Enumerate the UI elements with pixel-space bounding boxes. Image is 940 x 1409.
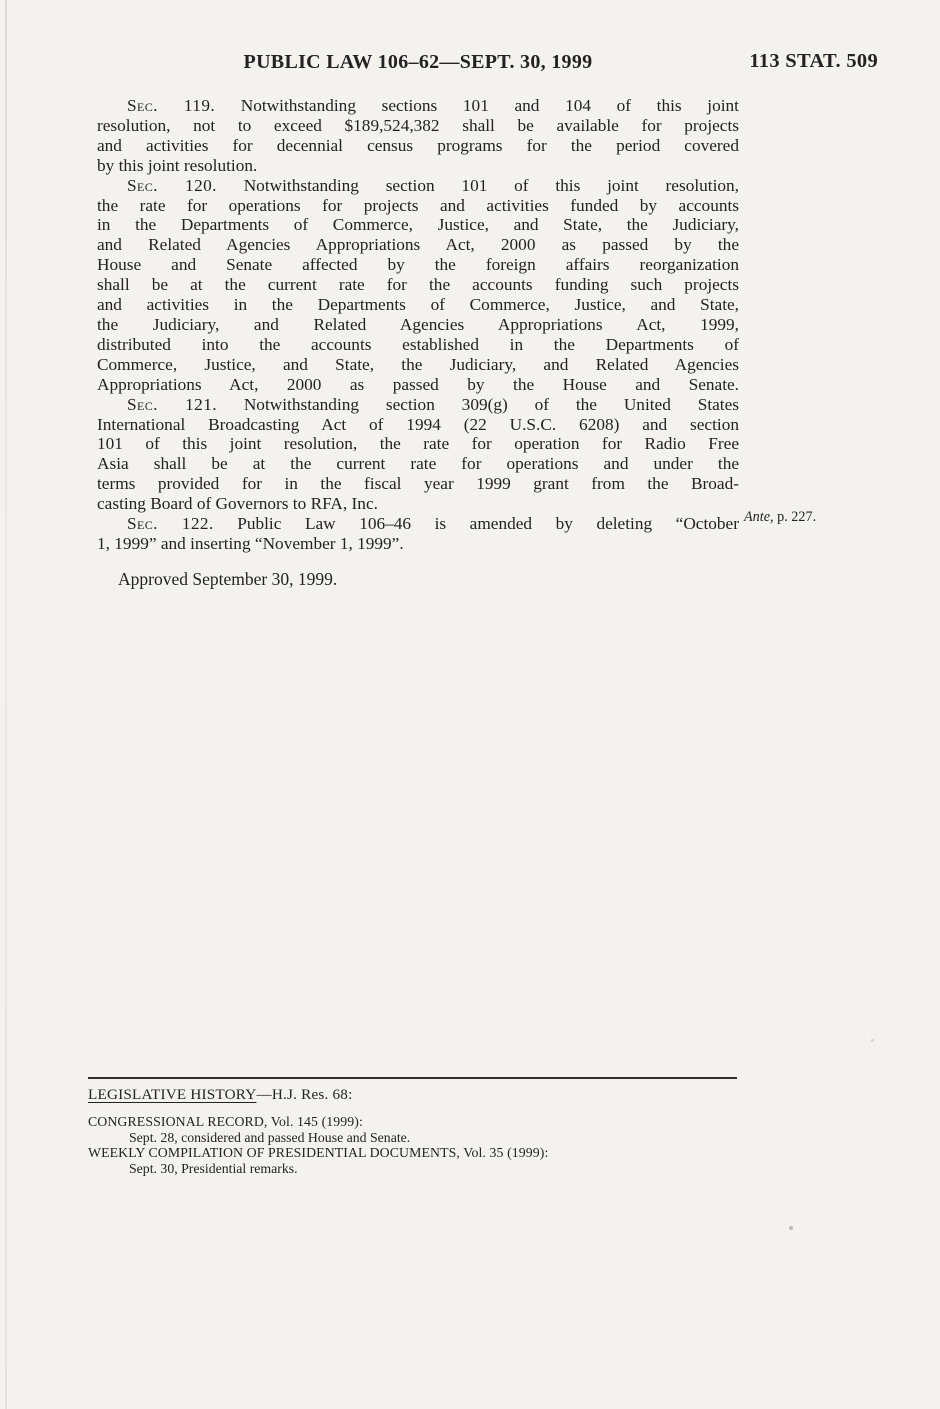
statute-page: PUBLIC LAW 106–62—SEPT. 30, 1999 113 STA… — [0, 0, 940, 1409]
text-line: and activities for decennial census prog… — [97, 136, 739, 156]
legislative-history-heading: LEGISLATIVE HISTORY—H.J. Res. 68: — [88, 1086, 737, 1104]
scan-edge-artifact — [5, 0, 7, 1409]
text-line: and activities in the Departments of Com… — [97, 295, 739, 315]
text-line: casting Board of Governors to RFA, Inc. — [97, 494, 739, 514]
section-paragraph: Sec. 122. Public Law 106–46 is amended b… — [97, 514, 739, 554]
text-line: terms provided for in the fiscal year 19… — [97, 474, 739, 494]
text-line: by this joint resolution. — [97, 156, 739, 176]
text-line: Sec. 122. Public Law 106–46 is amended b… — [97, 514, 739, 534]
section-number-label: Sec. 121. — [127, 395, 217, 414]
text-line: the rate for operations for projects and… — [97, 196, 739, 216]
running-head-law-title: PUBLIC LAW 106–62—SEPT. 30, 1999 — [97, 51, 739, 74]
legislative-history-heading-rest: —H.J. Res. 68: — [256, 1086, 352, 1103]
divider-rule — [88, 1077, 737, 1079]
history-source: WEEKLY COMPILATION OF PRESIDENTIAL DOCUM… — [88, 1145, 737, 1161]
section-first-line-text: Notwithstanding section 309(g) of the Un… — [217, 395, 739, 414]
section-number-label: Sec. 120. — [127, 176, 217, 195]
text-line: International Broadcasting Act of 1994 (… — [97, 415, 739, 435]
section-paragraph: Sec. 119. Notwithstanding sections 101 a… — [97, 96, 739, 176]
history-source: CONGRESSIONAL RECORD, Vol. 145 (1999): — [88, 1114, 737, 1130]
text-line: Sec. 121. Notwithstanding section 309(g)… — [97, 395, 739, 415]
text-line: 101 of this joint resolution, the rate f… — [97, 434, 739, 454]
section-paragraph: Sec. 120. Notwithstanding section 101 of… — [97, 176, 739, 395]
statute-body: Sec. 119. Notwithstanding sections 101 a… — [97, 96, 739, 590]
section-first-line-text: Notwithstanding section 101 of this join… — [217, 176, 739, 195]
sections-container: Sec. 119. Notwithstanding sections 101 a… — [97, 96, 739, 554]
history-detail: Sept. 30, Presidential remarks. — [88, 1161, 737, 1177]
legislative-history-heading-underlined: LEGISLATIVE HISTORY — [88, 1086, 256, 1103]
text-line: 1, 1999” and inserting “November 1, 1999… — [97, 534, 739, 554]
text-line: Sec. 120. Notwithstanding section 101 of… — [97, 176, 739, 196]
text-line: shall be at the current rate for the acc… — [97, 275, 739, 295]
text-line: the Judiciary, and Related Agencies Appr… — [97, 315, 739, 335]
legislative-history-entries: CONGRESSIONAL RECORD, Vol. 145 (1999):Se… — [88, 1114, 737, 1177]
section-number-label: Sec. 122. — [127, 514, 214, 533]
text-line: resolution, not to exceed $189,524,382 s… — [97, 116, 739, 136]
history-detail: Sept. 28, considered and passed House an… — [88, 1130, 737, 1146]
scan-speck — [789, 1226, 793, 1230]
section-paragraph: Sec. 121. Notwithstanding section 309(g)… — [97, 395, 739, 514]
margin-note-citation-rest: p. 227. — [774, 509, 817, 525]
margin-note: Ante, p. 227. — [744, 509, 934, 526]
text-line: and Related Agencies Appropriations Act,… — [97, 235, 739, 255]
scan-speck — [871, 1039, 874, 1042]
margin-note-citation-italic: Ante, — [744, 509, 774, 525]
text-line: Commerce, Justice, and State, the Judici… — [97, 355, 739, 375]
text-line: House and Senate affected by the foreign… — [97, 255, 739, 275]
text-line: distributed into the accounts establishe… — [97, 335, 739, 355]
text-line: in the Departments of Commerce, Justice,… — [97, 215, 739, 235]
section-number-label: Sec. 119. — [127, 96, 215, 115]
text-line: Asia shall be at the current rate for op… — [97, 454, 739, 474]
stat-citation: 113 STAT. 509 — [749, 50, 878, 73]
section-first-line-text: Public Law 106–46 is amended by deleting… — [214, 514, 739, 533]
approval-line: Approved September 30, 1999. — [97, 570, 739, 590]
section-first-line-text: Notwithstanding sections 101 and 104 of … — [215, 96, 739, 115]
text-line: Appropriations Act, 2000 as passed by th… — [97, 375, 739, 395]
legislative-history: LEGISLATIVE HISTORY—H.J. Res. 68: CONGRE… — [88, 1077, 737, 1177]
text-line: Sec. 119. Notwithstanding sections 101 a… — [97, 96, 739, 116]
